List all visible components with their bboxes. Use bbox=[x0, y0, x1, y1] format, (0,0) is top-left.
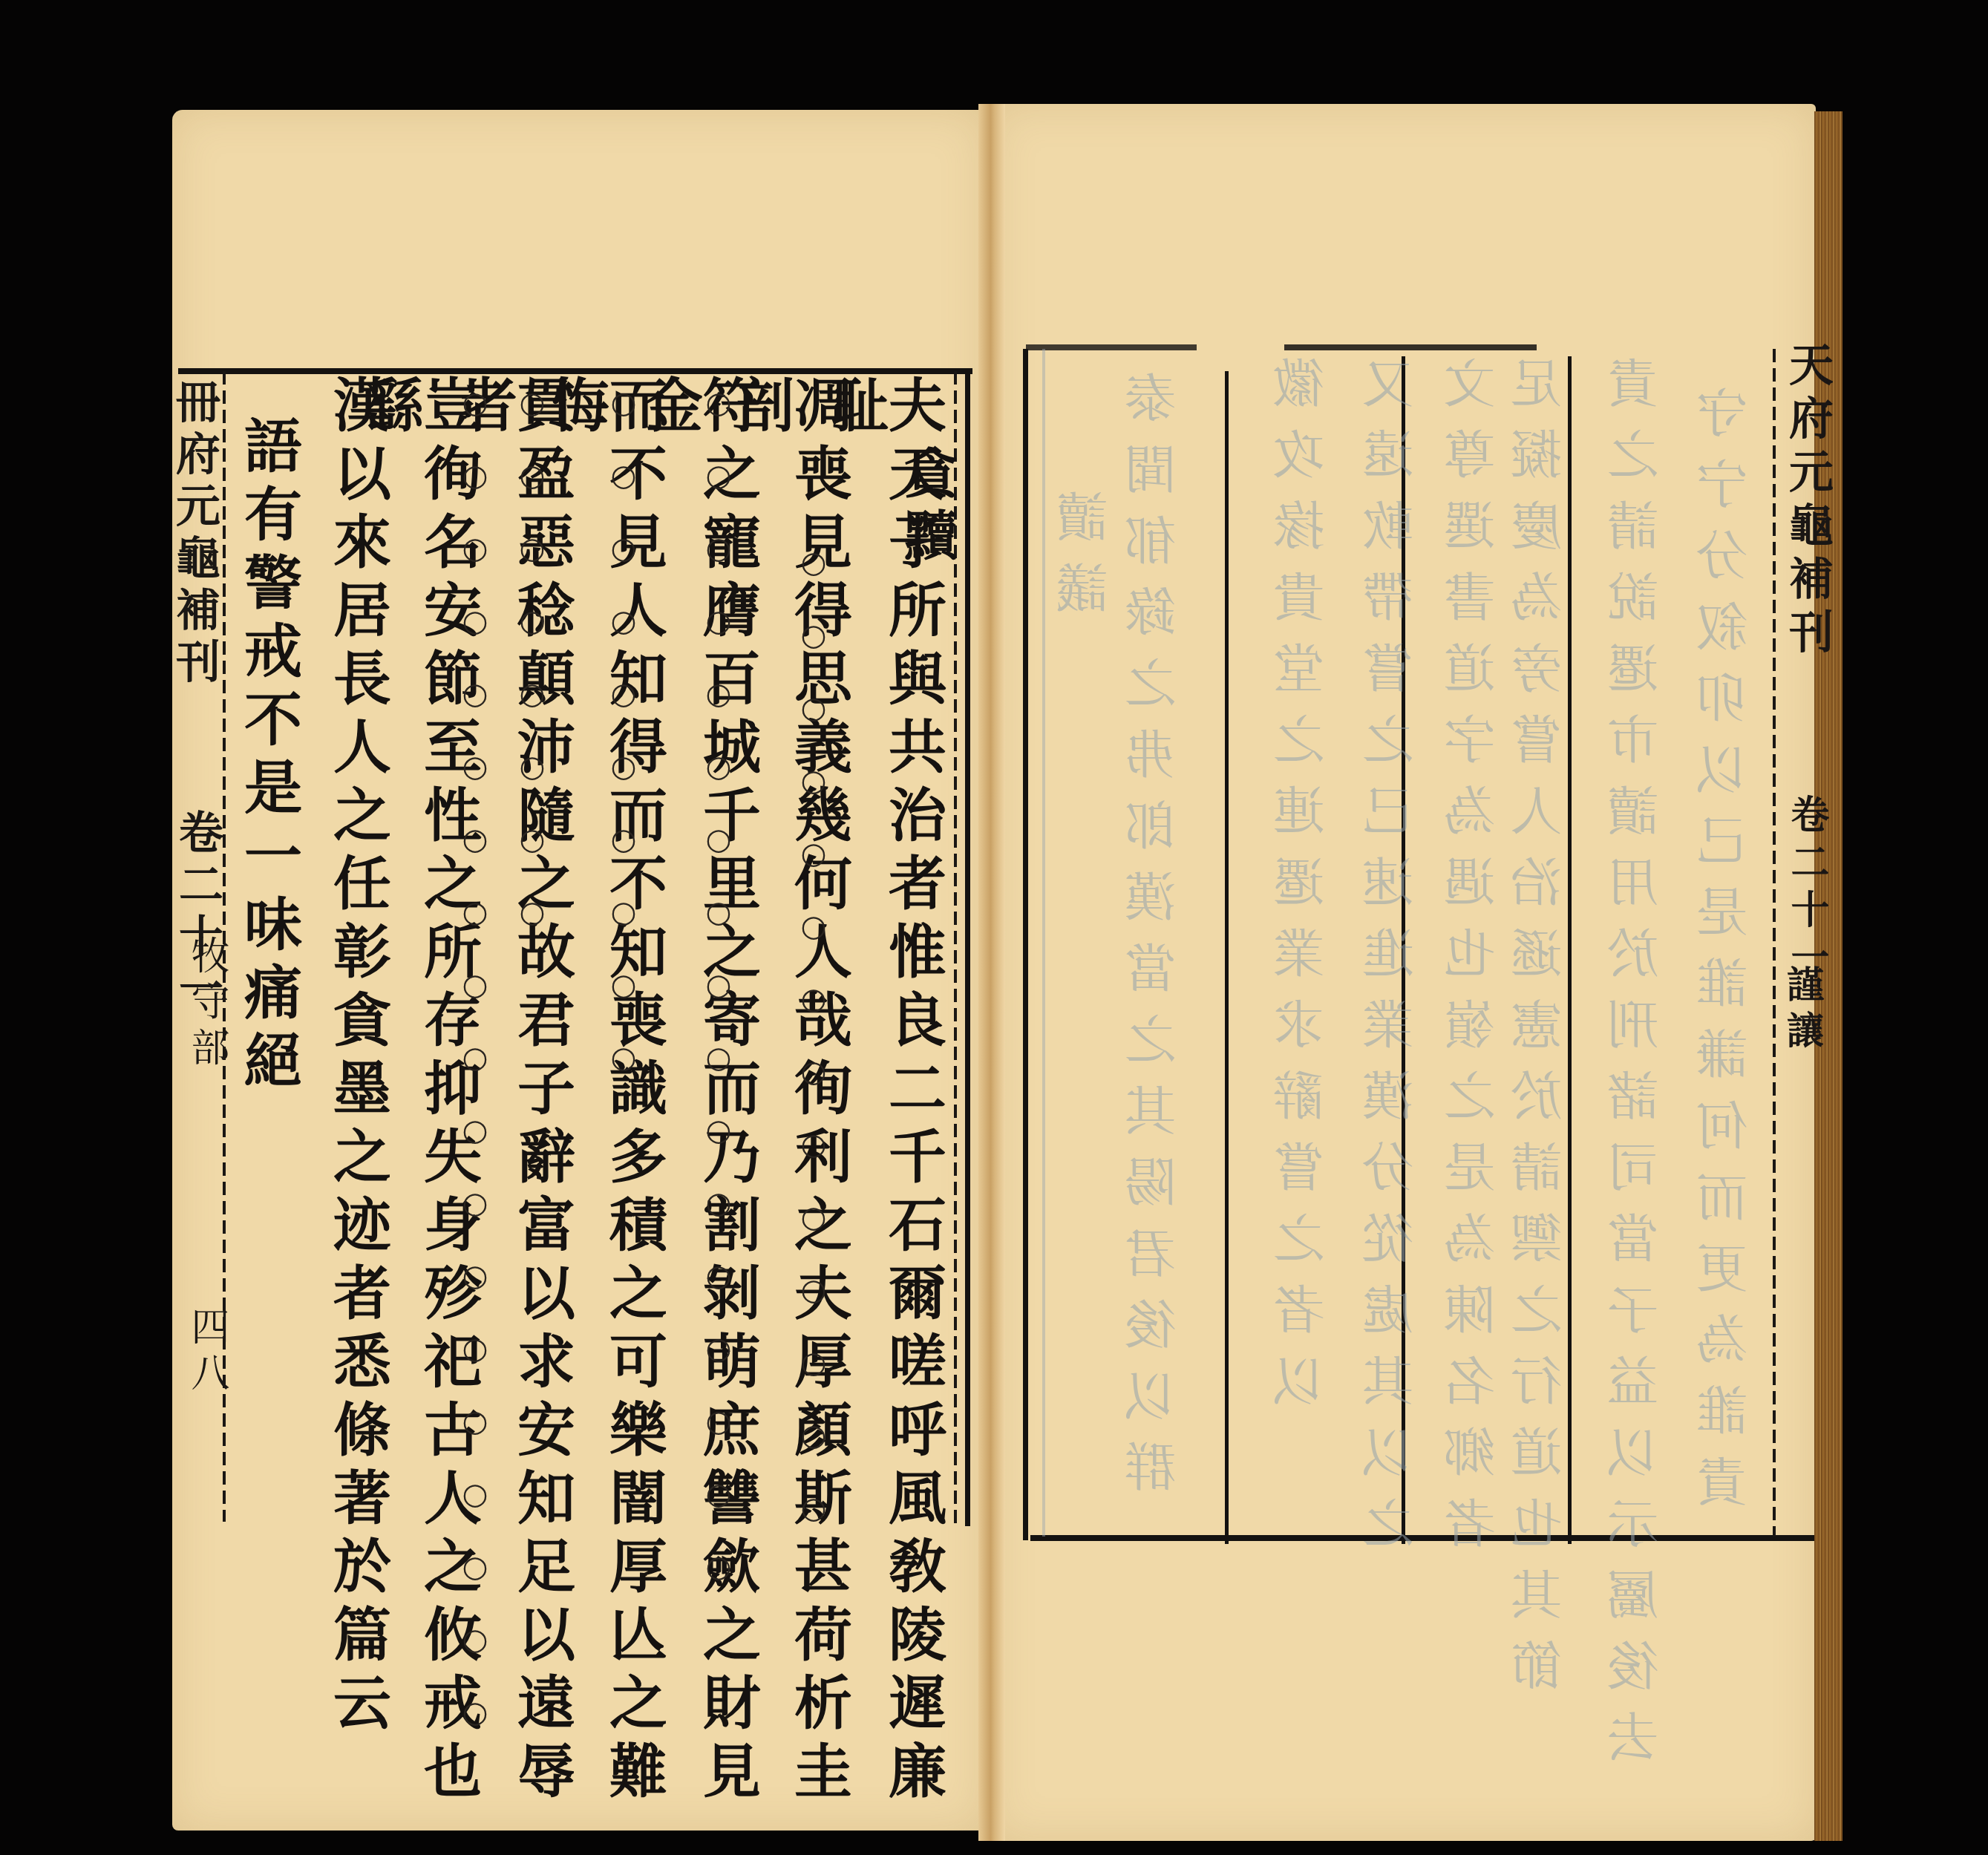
ghost-column-4: 文尊選書道字為遇也嶺之是為陳名鄉者 bbox=[1448, 356, 1500, 1568]
circle-marks-col-4: ○○○○○○○○ bbox=[517, 386, 547, 968]
right-volume-label: 卷二十一 bbox=[1779, 794, 1834, 984]
left-frame-top bbox=[178, 368, 972, 374]
right-ghost-rule bbox=[1042, 349, 1045, 1537]
right-column-rule-1 bbox=[1225, 371, 1229, 1544]
ghost-column-6: 徽攻掾貴堂之連遷業求辭嘗之者以 bbox=[1277, 356, 1329, 1425]
ghost-column-7: 泰聞郁錄之弗郎漢當之其陽君後以群 bbox=[1128, 371, 1180, 1511]
right-section-label: 謹讓 bbox=[1776, 965, 1829, 1057]
ghost-column-8: 讀議 bbox=[1060, 490, 1112, 632]
circle-marks-col-1: ○○○○○○○○○○○○○○ bbox=[799, 546, 828, 1564]
left-frame-right bbox=[965, 368, 970, 1526]
left-section-label: 牧守部 bbox=[187, 935, 226, 1073]
right-frame-top-a bbox=[1026, 344, 1197, 350]
ghost-column-1: 守宁分叙卯以己是誰謙何而更為誰責 bbox=[1700, 386, 1752, 1526]
right-frame-bottom bbox=[1030, 1535, 1814, 1541]
left-page-number: 四八 bbox=[187, 1306, 226, 1398]
right-frame-top-b bbox=[1284, 344, 1537, 350]
right-book-title: 天府元龜補刊 bbox=[1776, 341, 1840, 662]
ghost-column-3: 足擬慶為旁嘗人治遜憲於請禦之行道也其節 bbox=[1514, 356, 1566, 1710]
text-column-8-comment: 語有警戒不是一味痛絕 bbox=[239, 416, 297, 1099]
ghost-column-2: 責之請說遷市讀用於刑諸司當子益以示屬後去 bbox=[1611, 356, 1663, 1782]
right-frame-left bbox=[1023, 349, 1028, 1540]
circle-marks-col-5: ○○○○○○○○○○○○○○○○○○○ bbox=[460, 386, 490, 1768]
left-book-title: 冊府元龜補刊 bbox=[172, 379, 217, 690]
book-gutter bbox=[978, 104, 1005, 1841]
text-column-7: 漢以來居長人之任彰貪墨之迹者悉條著於篇云 bbox=[328, 375, 386, 1741]
circle-marks-col-3: ○○○○○○○○○○ bbox=[609, 386, 638, 1113]
circle-marks-col-2: ○○○○○○○○○○○○○○○○○ bbox=[704, 386, 733, 1623]
ghost-column-5: 又遠軟帶嘗之己速進業漢分從處其以之 bbox=[1366, 356, 1418, 1568]
